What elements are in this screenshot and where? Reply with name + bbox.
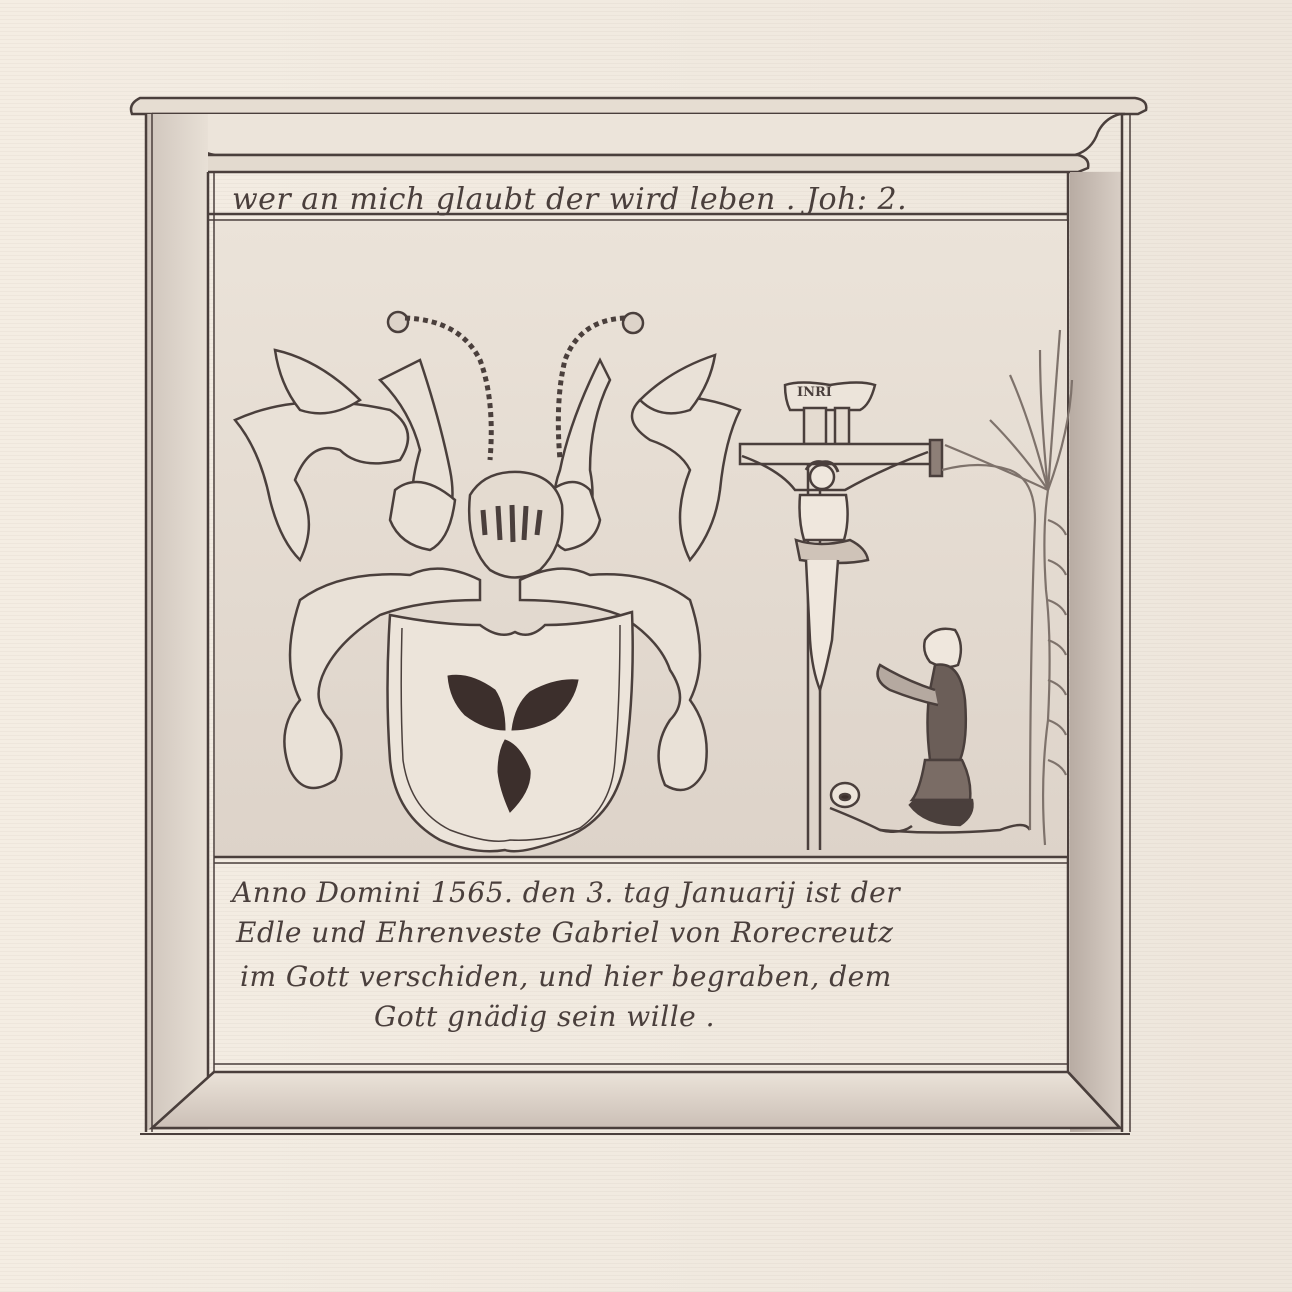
motto-inscription: wer an mich glaubt der wird leben . Joh:… xyxy=(232,182,907,217)
inscription-line-3: im Gott verschiden, und hier begraben, d… xyxy=(240,960,892,993)
inscription-line-1: Anno Domini 1565. den 3. tag Januarij is… xyxy=(232,876,900,909)
inscription-line-4: Gott gnädig sein wille . xyxy=(374,1000,715,1033)
helmet xyxy=(469,472,562,578)
inri-titulus: INRI xyxy=(797,385,832,400)
shield xyxy=(388,612,633,851)
inscription-line-2: Edle und Ehrenveste Gabriel von Rorecreu… xyxy=(236,916,894,949)
